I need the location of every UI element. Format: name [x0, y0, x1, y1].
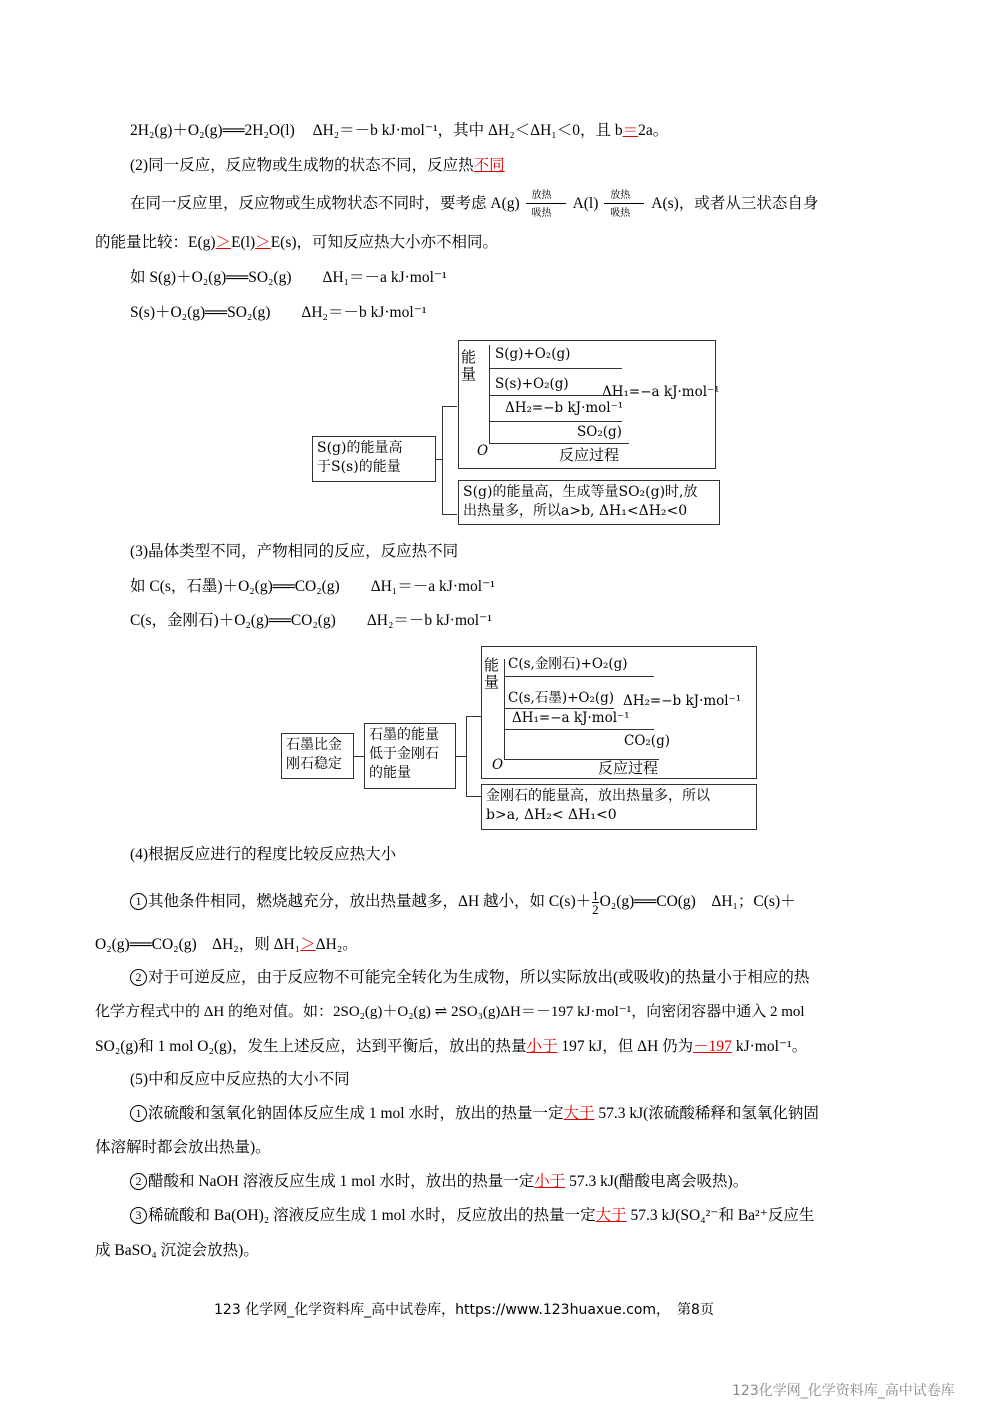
item-text: 稀硫酸和 Ba(OH)₂ 溶液反应生成 1 mol 水时，反应放出的热量一定	[148, 1207, 596, 1224]
answer-blank: ＞	[300, 936, 316, 953]
item-text: ΔH₂。	[316, 936, 358, 953]
item-text: 57.3 kJ(浓硫酸稀释和氢氧化钠固	[598, 1105, 818, 1122]
box-line: 金刚石的能量高，放出热量多，所以	[486, 787, 752, 806]
level-top-label: S(g)+O₂(g)	[495, 346, 570, 362]
box-line: 石墨比金	[286, 736, 349, 755]
diagram-box-energy: 石墨的能量 低于金刚石 的能量	[364, 723, 456, 789]
answer-blank: ＞	[216, 234, 232, 251]
y-axis-label: 能量	[484, 657, 499, 691]
diagram-box-stability: 石墨比金 刚石稳定	[281, 733, 354, 779]
delta-h2-label: ΔH₂=−b kJ·mol⁻¹	[505, 400, 623, 416]
section-5-item-1: 1浓硫酸和氢氧化钠固体反应生成 1 mol 水时，放出的热量一定大于 57.3 …	[130, 1104, 819, 1124]
equation-tail: 2a。	[638, 122, 668, 139]
level-mid-label: S(s)+O₂(g)	[495, 376, 569, 392]
arrow-label-bottom: 吸热	[610, 204, 630, 224]
item-text: 浓硫酸和氢氧化钠固体反应生成 1 mol 水时，放出的热量一定	[148, 1105, 564, 1122]
level-bottom-label: SO₂(g)	[577, 424, 622, 440]
watermark: 123化学网_化学资料库_高中试卷库	[732, 1380, 955, 1400]
section-4-item-2-cont: 化学方程式中的 ΔH 的绝对值。如：2SO₂(g)＋O₂(g) ⇌ 2SO₃(g…	[95, 1002, 805, 1022]
equation-s-gas: 如 S(g)＋O₂(g)══SO₂(g) ΔH₁＝－a kJ·mol⁻¹	[130, 268, 447, 288]
delta-h-text: ΔH₂＝－b kJ·mol⁻¹，其中 ΔH₂＜ΔH₁＜0，且 b	[313, 122, 623, 139]
page-footer: 123 化学网_化学资料库_高中试卷库，https://www.123huaxu…	[214, 1299, 714, 1319]
section-4-item-2: 2对于可逆反应，由于反应物不可能完全转化为生成物，所以实际放出(或吸收)的热量小…	[130, 968, 809, 988]
answer-blank: 大于	[564, 1105, 595, 1122]
heading-text: (2)同一反应，反应物或生成物的状态不同，反应热	[130, 157, 474, 174]
equation-graphite: 如 C(s，石墨)＋O₂(g)══CO₂(g) ΔH₁＝－a kJ·mol⁻¹	[130, 577, 495, 597]
box-line: S(g)的能量高	[317, 439, 431, 458]
level-bottom-label: CO₂(g)	[624, 733, 670, 749]
exo-endo-arrow-icon: 放热吸热	[524, 194, 570, 214]
y-axis-label: 能量	[461, 349, 476, 383]
section-5-item-3-cont: 成 BaSO₄ 沉淀会放热)。	[95, 1241, 259, 1261]
box-line: 的能量	[369, 764, 451, 783]
answer-blank: 小于	[534, 1173, 565, 1190]
para-text: E(s)，可知反应热大小亦不相同。	[271, 234, 498, 251]
section-5-item-2: 2醋酸和 NaOH 溶液反应生成 1 mol 水时，放出的热量一定小于 57.3…	[130, 1172, 748, 1192]
equation-diamond: C(s，金刚石)＋O₂(g)══CO₂(g) ΔH₂＝－b kJ·mol⁻¹	[130, 611, 492, 631]
box-line: 石墨的能量	[369, 726, 451, 745]
item-text: 57.3 kJ(醋酸电离会吸热)。	[569, 1173, 748, 1190]
answer-blank: 大于	[596, 1207, 627, 1224]
delta-h1-label: ΔH₁=−a kJ·mol⁻¹	[602, 384, 720, 400]
x-axis-label: 反应过程	[598, 760, 658, 776]
section-3-heading: (3)晶体类型不同，产物相同的反应，反应热不同	[130, 542, 458, 562]
delta-h1-label: ΔH₁=−a kJ·mol⁻¹	[512, 710, 630, 726]
section-5-heading: (5)中和反应中反应热的大小不同	[130, 1070, 350, 1090]
diagram-conclusion: S(g)的能量高，生成等量SO₂(g)时,放 出热量多，所以a>b, ΔH₁<Δ…	[458, 480, 720, 525]
item-text: 197 kJ，但 ΔH 仍为	[561, 1038, 693, 1055]
exo-endo-arrow-icon: 放热吸热	[602, 194, 648, 214]
answer-blank: ＞	[255, 234, 271, 251]
section-4-item-2-cont2: SO₂(g)和 1 mol O₂(g)，发生上述反应，达到平衡后，放出的热量小于…	[95, 1037, 807, 1057]
item-text: O₂(g)══CO(g) ΔH₁；C(s)＋	[600, 893, 796, 910]
box-line: 出热量多，所以a>b, ΔH₁<ΔH₂<0	[463, 502, 715, 521]
para-text: E(l)	[231, 234, 255, 251]
para-text: 的能量比较：E(g)	[95, 234, 216, 251]
para-text: 在同一反应里，反应物或生成物状态不同时，要考虑 A(g)	[130, 195, 520, 212]
circled-number-icon: 2	[130, 1173, 147, 1190]
section-4-item-1: 1其他条件相同，燃烧越充分，放出热量越多，ΔH 越小，如 C(s)＋12O₂(g…	[130, 889, 796, 916]
answer-blank: －197	[693, 1038, 732, 1055]
origin-label: O	[492, 757, 503, 773]
circled-number-icon: 1	[130, 893, 147, 910]
section-4-heading: (4)根据反应进行的程度比较反应热大小	[130, 845, 396, 865]
section-2-heading: (2)同一反应，反应物或生成物的状态不同，反应热不同	[130, 156, 505, 176]
section-5-item-1-cont: 体溶解时都会放出热量)。	[95, 1138, 271, 1158]
x-axis-label: 反应过程	[559, 447, 619, 463]
circled-number-icon: 2	[130, 969, 147, 986]
arrow-label-bottom: 吸热	[532, 204, 552, 224]
item-text: O₂(g)══CO₂(g) ΔH₂，则 ΔH₁	[95, 936, 300, 953]
section-4-item-1-cont: O₂(g)══CO₂(g) ΔH₂，则 ΔH₁＞ΔH₂。	[95, 935, 358, 955]
delta-h2-label: ΔH₂=−b kJ·mol⁻¹	[623, 693, 741, 709]
para-text: A(s)，或者从三状态自身	[651, 195, 818, 212]
answer-blank: 不同	[474, 157, 505, 174]
diagram-left-box: S(g)的能量高 于S(s)的能量	[312, 436, 436, 482]
energy-diagram: 能量 O 反应过程 S(g)+O₂(g) S(s)+O₂(g) ΔH₂=−b k…	[458, 340, 716, 469]
section-2-para: 在同一反应里，反应物或生成物状态不同时，要考虑 A(g) 放热吸热 A(l) 放…	[130, 194, 818, 214]
energy-comparison: 的能量比较：E(g)＞E(l)＞E(s)，可知反应热大小亦不相同。	[95, 233, 498, 253]
fraction-half: 12	[592, 889, 599, 916]
box-line: 刚石稳定	[286, 755, 349, 774]
box-line: b>a, ΔH₂< ΔH₁<0	[486, 806, 752, 825]
level-mid-label: C(s,石墨)+O₂(g)	[508, 690, 614, 706]
answer-blank: ＝	[623, 122, 639, 139]
item-text: SO₂(g)和 1 mol O₂(g)，发生上述反应，达到平衡后，放出的热量	[95, 1038, 526, 1055]
para-text: A(l)	[573, 195, 599, 212]
equation-s-solid: S(s)＋O₂(g)══SO₂(g) ΔH₂＝－b kJ·mol⁻¹	[130, 303, 426, 323]
origin-label: O	[477, 443, 488, 459]
item-text: 醋酸和 NaOH 溶液反应生成 1 mol 水时，放出的热量一定	[148, 1173, 534, 1190]
level-top-label: C(s,金刚石)+O₂(g)	[508, 656, 628, 672]
answer-blank: 小于	[526, 1038, 557, 1055]
item-text: 对于可逆反应，由于反应物不可能完全转化为生成物，所以实际放出(或吸收)的热量小于…	[148, 969, 809, 986]
circled-number-icon: 1	[130, 1105, 147, 1122]
energy-diagram: 能量 O 反应过程 C(s,金刚石)+O₂(g) C(s,石墨)+O₂(g) Δ…	[481, 646, 757, 779]
circled-number-icon: 3	[130, 1207, 147, 1224]
item-text: 57.3 kJ(SO₄²⁻和 Ba²⁺反应生	[630, 1207, 814, 1224]
box-line: 低于金刚石	[369, 745, 451, 764]
box-line: 于S(s)的能量	[317, 458, 431, 477]
box-line: S(g)的能量高，生成等量SO₂(g)时,放	[463, 483, 715, 502]
item-text: kJ·mol⁻¹。	[736, 1038, 807, 1055]
section-5-item-3: 3稀硫酸和 Ba(OH)₂ 溶液反应生成 1 mol 水时，反应放出的热量一定大…	[130, 1206, 814, 1226]
equation: 2H₂(g)＋O₂(g)══2H₂O(l)	[130, 122, 295, 139]
equation-line-h2o: 2H₂(g)＋O₂(g)══2H₂O(l) ΔH₂＝－b kJ·mol⁻¹，其中…	[130, 121, 668, 141]
item-text: 其他条件相同，燃烧越充分，放出热量越多，ΔH 越小，如 C(s)＋	[148, 893, 591, 910]
diagram-conclusion: 金刚石的能量高，放出热量多，所以 b>a, ΔH₂< ΔH₁<0	[481, 784, 757, 830]
